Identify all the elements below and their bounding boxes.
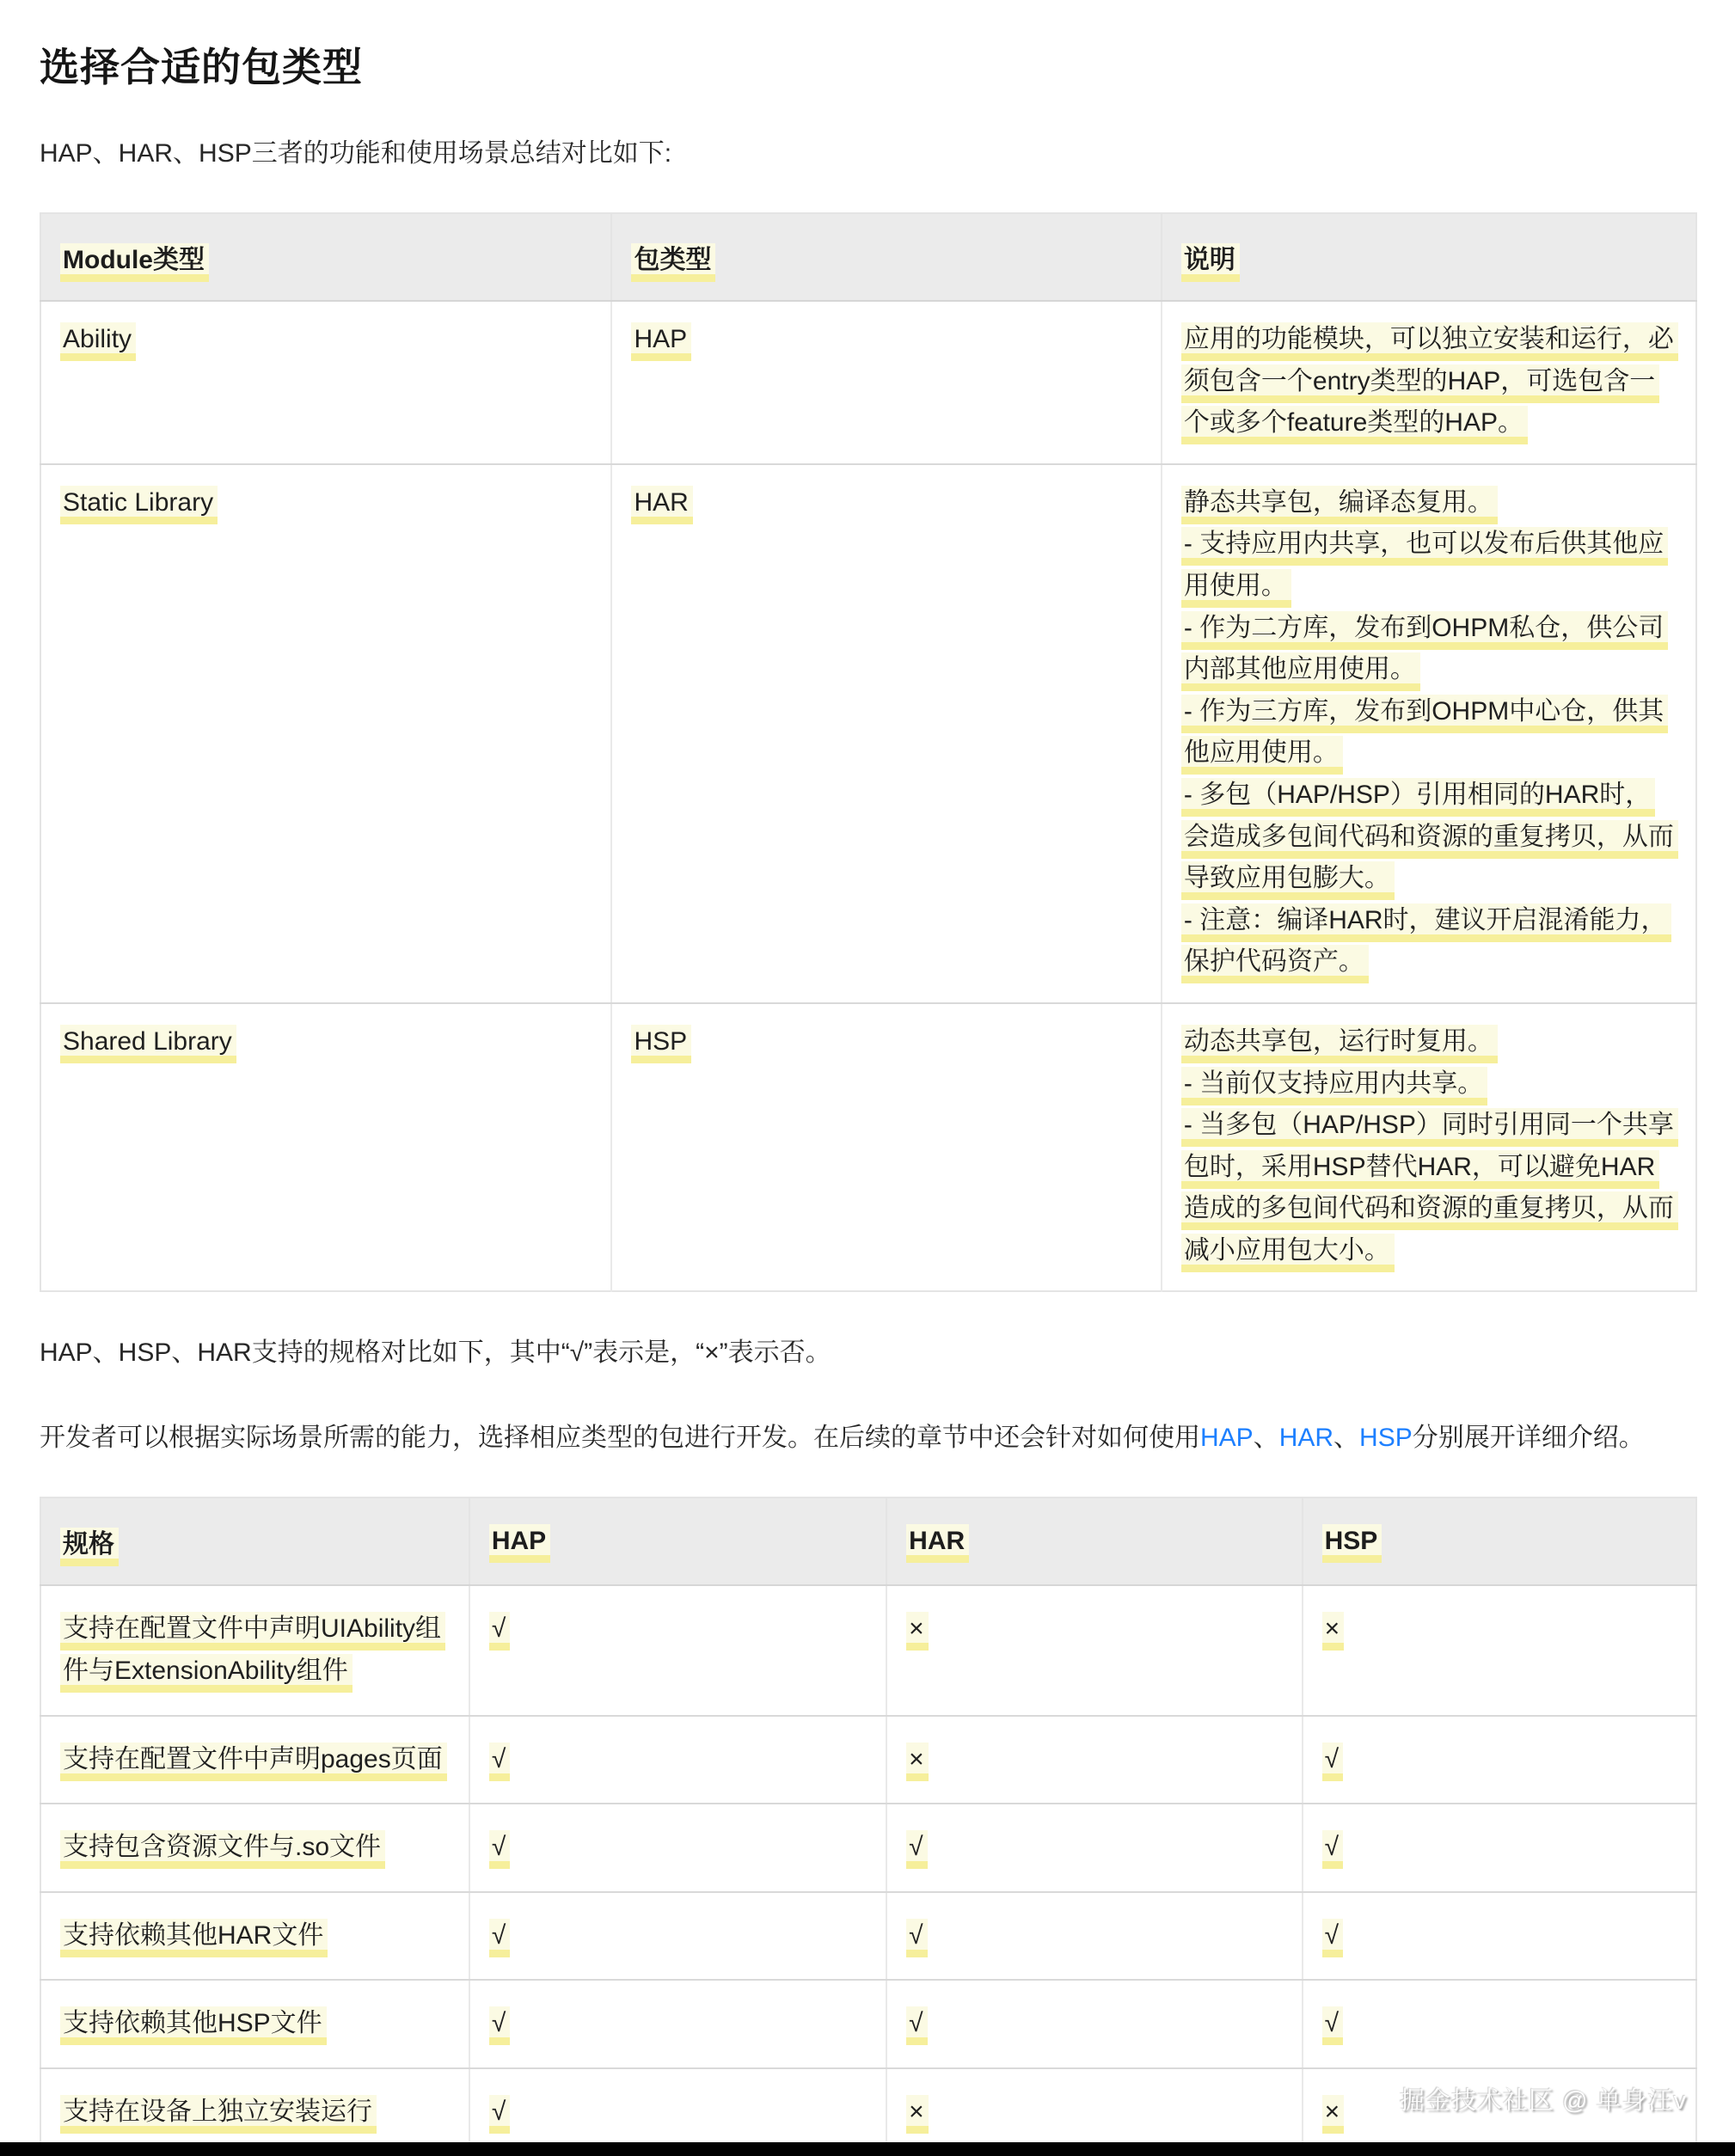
cell-hsp-mark: × (1303, 1585, 1696, 1715)
cell-har-mark: × (886, 1585, 1302, 1715)
cell-har-mark: √ (886, 1804, 1302, 1892)
cell-hsp-mark: √ (1303, 1892, 1696, 1981)
col-header-spec: 规格 (40, 1498, 469, 1585)
table-row: 支持在配置文件中声明UIAbility组件与ExtensionAbility组件… (40, 1585, 1696, 1715)
col-header-hap: HAP (469, 1498, 886, 1585)
col-header-module-type: Module类型 (40, 213, 611, 301)
cell-module: Ability (40, 301, 611, 464)
col-header-description: 说明 (1162, 213, 1696, 301)
cell-spec: 支持依赖其他HAR文件 (40, 1892, 469, 1981)
link-hap[interactable]: HAP (1200, 1424, 1254, 1452)
cell-spec: 支持包含资源文件与.so文件 (40, 1804, 469, 1892)
link-har[interactable]: HAR (1279, 1424, 1333, 1452)
cell-description: 应用的功能模块，可以独立安装和运行，必须包含一个entry类型的HAP，可选包含… (1162, 301, 1696, 464)
cell-package: HSP (611, 1003, 1161, 1292)
separator: 、 (1254, 1424, 1279, 1452)
col-header-har: HAR (886, 1498, 1302, 1585)
cell-description: 静态共享包，编译态复用。 - 支持应用内共享，也可以发布后供其他应用使用。 - … (1162, 464, 1696, 1003)
cell-hsp-mark: √ (1303, 1980, 1696, 2068)
cell-hap-mark: √ (469, 1716, 886, 1804)
table-row: Shared Library HSP 动态共享包，运行时复用。 - 当前仅支持应… (40, 1003, 1696, 1292)
spec-compare-paragraph: HAP、HSP、HAR支持的规格对比如下，其中“√”表示是，“×”表示否。 (40, 1328, 1697, 1377)
cell-hap-mark: √ (469, 1804, 886, 1892)
cell-hap-mark: √ (469, 1980, 886, 2068)
cell-module: Shared Library (40, 1003, 611, 1292)
paragraph-text: 分别展开详细介绍。 (1413, 1424, 1645, 1452)
cell-har-mark: √ (886, 1892, 1302, 1981)
module-type-table: Module类型 包类型 说明 Ability HAP 应用的功能模块，可以独立… (40, 212, 1697, 1292)
developer-guide-paragraph: 开发者可以根据实际场景所需的能力，选择相应类型的包进行开发。在后续的章节中还会针… (40, 1413, 1697, 1462)
table-header-row: 规格 HAP HAR HSP (40, 1498, 1696, 1585)
cell-spec: 支持在配置文件中声明pages页面 (40, 1716, 469, 1804)
col-header-hsp: HSP (1303, 1498, 1696, 1585)
intro-paragraph: HAP、HAR、HSP三者的功能和使用场景总结对比如下: (40, 129, 1697, 178)
cell-har-mark: × (886, 1716, 1302, 1804)
cell-har-mark: √ (886, 1980, 1302, 2068)
paragraph-text: 开发者可以根据实际场景所需的能力，选择相应类型的包进行开发。在后续的章节中还会针… (40, 1424, 1200, 1452)
watermark: 掘金技术社区 @ 单身汪v (1400, 2081, 1687, 2116)
cell-hsp-mark: √ (1303, 1804, 1696, 1892)
cell-hsp-mark: √ (1303, 1716, 1696, 1804)
table-row: Ability HAP 应用的功能模块，可以独立安装和运行，必须包含一个entr… (40, 301, 1696, 464)
table-row: 支持依赖其他HSP文件 √ √ √ (40, 1980, 1696, 2068)
cell-spec: 支持在配置文件中声明UIAbility组件与ExtensionAbility组件 (40, 1585, 469, 1715)
table-row: 支持在配置文件中声明pages页面 √ × √ (40, 1716, 1696, 1804)
col-header-package-type: 包类型 (611, 213, 1161, 301)
cell-package: HAR (611, 464, 1161, 1003)
table-row: 支持包含资源文件与.so文件 √ √ √ (40, 1804, 1696, 1892)
cell-module: Static Library (40, 464, 611, 1003)
table-row: 支持依赖其他HAR文件 √ √ √ (40, 1892, 1696, 1981)
spec-support-table: 规格 HAP HAR HSP 支持在配置文件中声明UIAbility组件与Ext… (40, 1497, 1697, 2156)
cell-description: 动态共享包，运行时复用。 - 当前仅支持应用内共享。 - 当多包（HAP/HSP… (1162, 1003, 1696, 1292)
bottom-bar (0, 2142, 1735, 2156)
cell-spec: 支持依赖其他HSP文件 (40, 1980, 469, 2068)
cell-hap-mark: √ (469, 1585, 886, 1715)
separator: 、 (1333, 1424, 1359, 1452)
cell-hap-mark: √ (469, 1892, 886, 1981)
link-hsp[interactable]: HSP (1359, 1424, 1413, 1452)
table-header-row: Module类型 包类型 说明 (40, 213, 1696, 301)
cell-package: HAP (611, 301, 1161, 464)
table-row: Static Library HAR 静态共享包，编译态复用。 - 支持应用内共… (40, 464, 1696, 1003)
page-title: 选择合适的包类型 (40, 36, 1697, 93)
article-body: 选择合适的包类型 HAP、HAR、HSP三者的功能和使用场景总结对比如下: Mo… (0, 0, 1735, 2156)
